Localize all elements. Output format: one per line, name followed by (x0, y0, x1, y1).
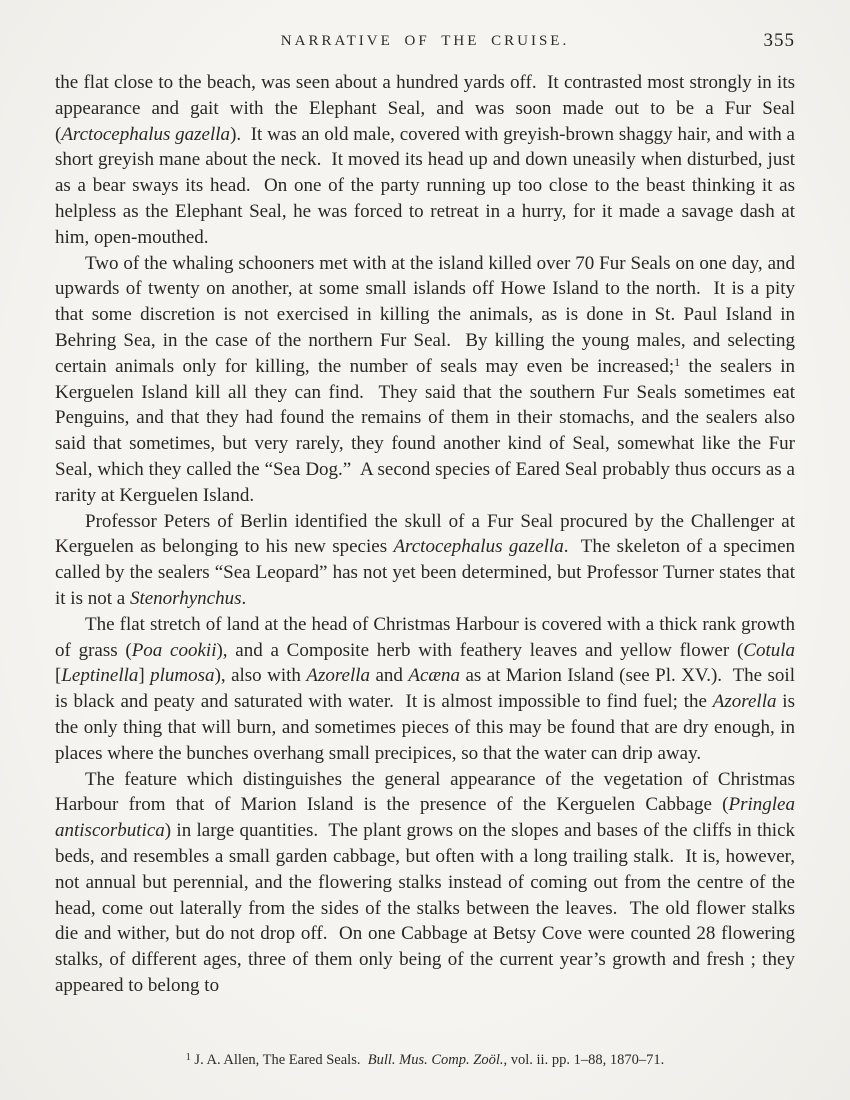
footnote-marker: 1 (186, 1052, 191, 1063)
body-text: the flat close to the beach, was seen ab… (55, 70, 795, 999)
italic-text-run: Poa cookii (132, 640, 217, 661)
page-number: 355 (764, 30, 796, 52)
paragraph: The feature which distinguishes the gene… (55, 767, 795, 999)
italic-text-run: Acæna (408, 665, 460, 686)
text-run: ] (138, 665, 150, 686)
text-run: , vol. ii. pp. 1–88, 1870–71. (503, 1052, 664, 1068)
running-title: NARRATIVE OF THE CRUISE. (55, 33, 795, 50)
text-run: J. A. Allen, The Eared Seals. (191, 1052, 368, 1068)
text-run: and (370, 665, 408, 686)
italic-text-run: Stenorhynchus (130, 588, 242, 609)
text-run: ), also with (215, 665, 307, 686)
italic-text-run: Arctocephalus gazella (61, 124, 230, 145)
italic-text-run: Azorella (306, 665, 370, 686)
italic-text-run: Arctocephalus gazella (393, 536, 563, 557)
italic-text-run: Leptinella (61, 665, 138, 686)
italic-text-run: Bull. Mus. Comp. Zoöl. (368, 1052, 504, 1068)
text-run: The feature which distinguishes the gene… (55, 769, 795, 816)
paragraph: The flat stretch of land at the head of … (55, 612, 795, 767)
italic-text-run: Azorella (713, 691, 777, 712)
book-page: NARRATIVE OF THE CRUISE. 355 the flat cl… (0, 0, 850, 1100)
footnote-marker: 1 (674, 355, 680, 369)
italic-text-run: Cotula (743, 640, 795, 661)
text-run: the sealers in Kerguelen Island kill all… (55, 356, 795, 506)
text-run: ) in large quantities. The plant grows o… (55, 820, 795, 996)
text-run: . (241, 588, 246, 609)
footnote: 1 J. A. Allen, The Eared Seals. Bull. Mu… (55, 1051, 795, 1070)
page-header: NARRATIVE OF THE CRUISE. 355 (55, 30, 795, 54)
paragraph: the flat close to the beach, was seen ab… (55, 70, 795, 251)
paragraph: Two of the whaling schooners met with at… (55, 251, 795, 509)
paragraph: Professor Peters of Berlin identified th… (55, 509, 795, 612)
italic-text-run: plumosa (150, 665, 214, 686)
text-run: ), and a Composite herb with feathery le… (216, 640, 743, 661)
